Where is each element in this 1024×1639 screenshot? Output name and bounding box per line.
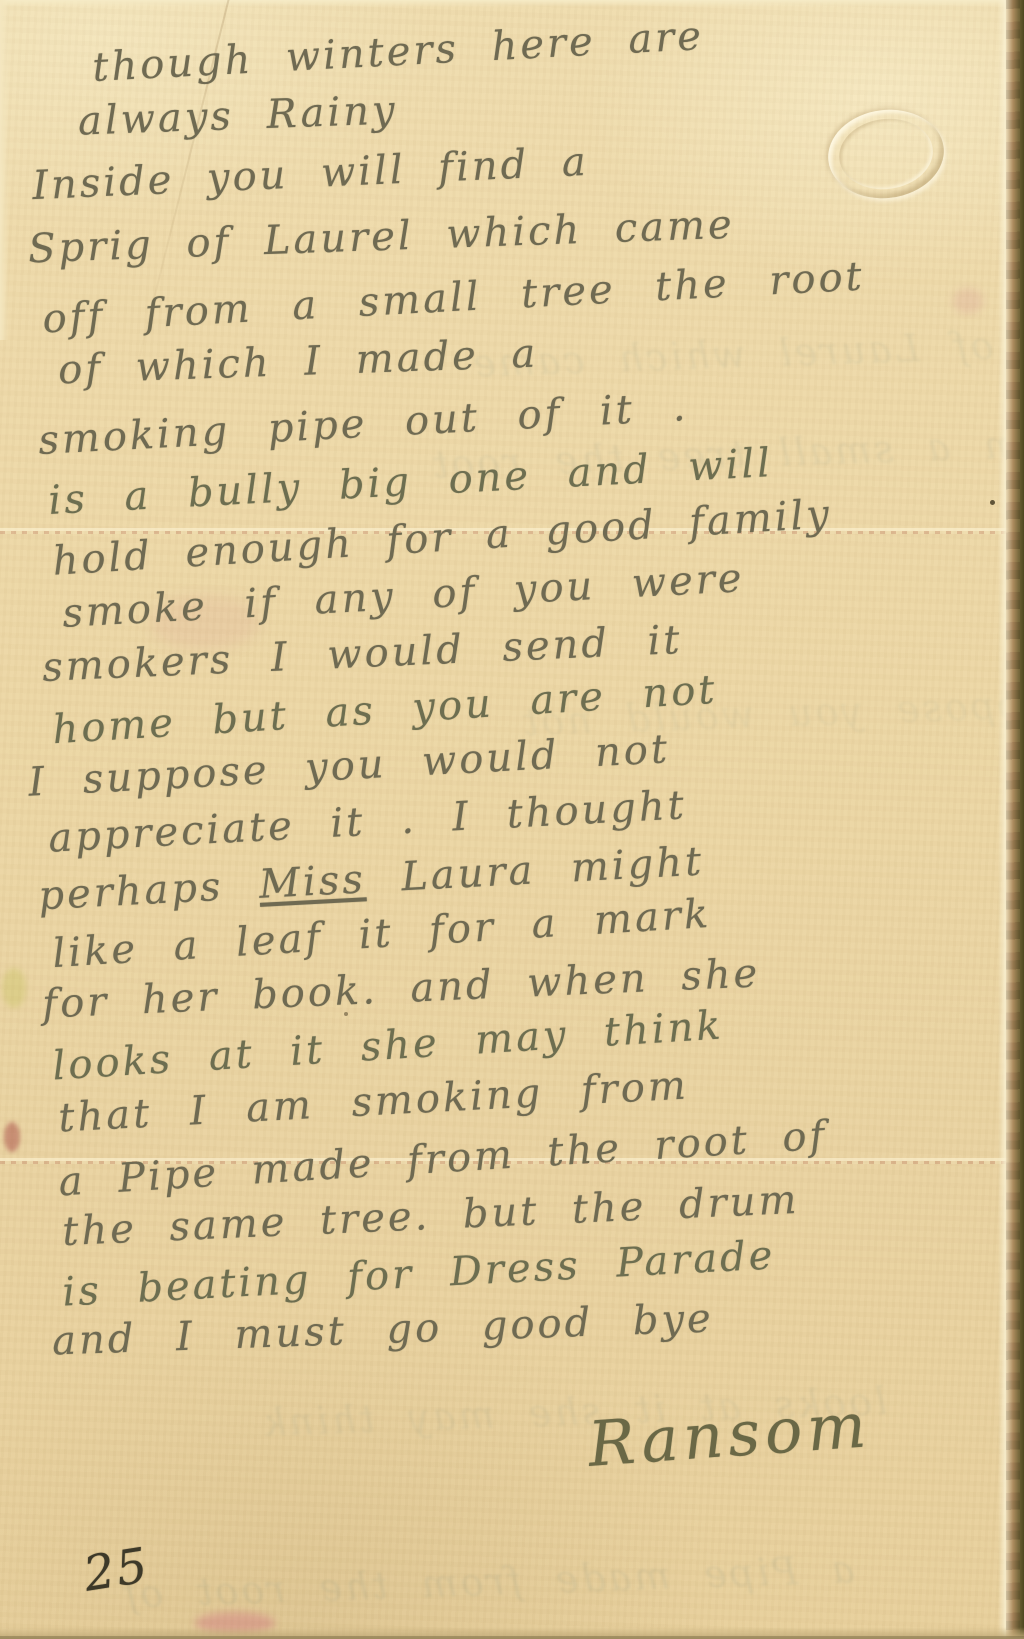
ink-speck	[990, 500, 995, 505]
red-stain-left-edge	[4, 1122, 20, 1152]
paper-edge-top	[0, 0, 1024, 7]
letter-line: always Rainy	[77, 88, 398, 143]
bleedthrough-text: Sprig of Laurel which came	[469, 318, 1024, 386]
torn-edge-mottling	[1006, 0, 1020, 1639]
letter-page: Sprig of Laurel which came off from a sm…	[0, 0, 1024, 1639]
embossed-seal-inner-ring	[835, 114, 937, 195]
page-number: 25	[80, 1537, 153, 1602]
letter-line: Inside you will find a	[31, 140, 589, 208]
underlined-word: Miss	[258, 856, 367, 908]
faint-stain-right	[953, 288, 983, 314]
paper-edge-left	[0, 0, 9, 340]
embossed-seal	[823, 103, 949, 204]
letter-line-segment: perhaps	[37, 862, 260, 919]
letter-line: Sprig of Laurel which came	[27, 203, 735, 272]
bleedthrough-text: a Pipe made from the root of	[119, 1547, 855, 1617]
yellow-stain-left-edge	[2, 968, 26, 1008]
letter-line: of which I made a	[57, 332, 539, 393]
letter-line: though winters here are	[91, 14, 705, 90]
letter-line-segment: Laura might	[364, 839, 705, 903]
